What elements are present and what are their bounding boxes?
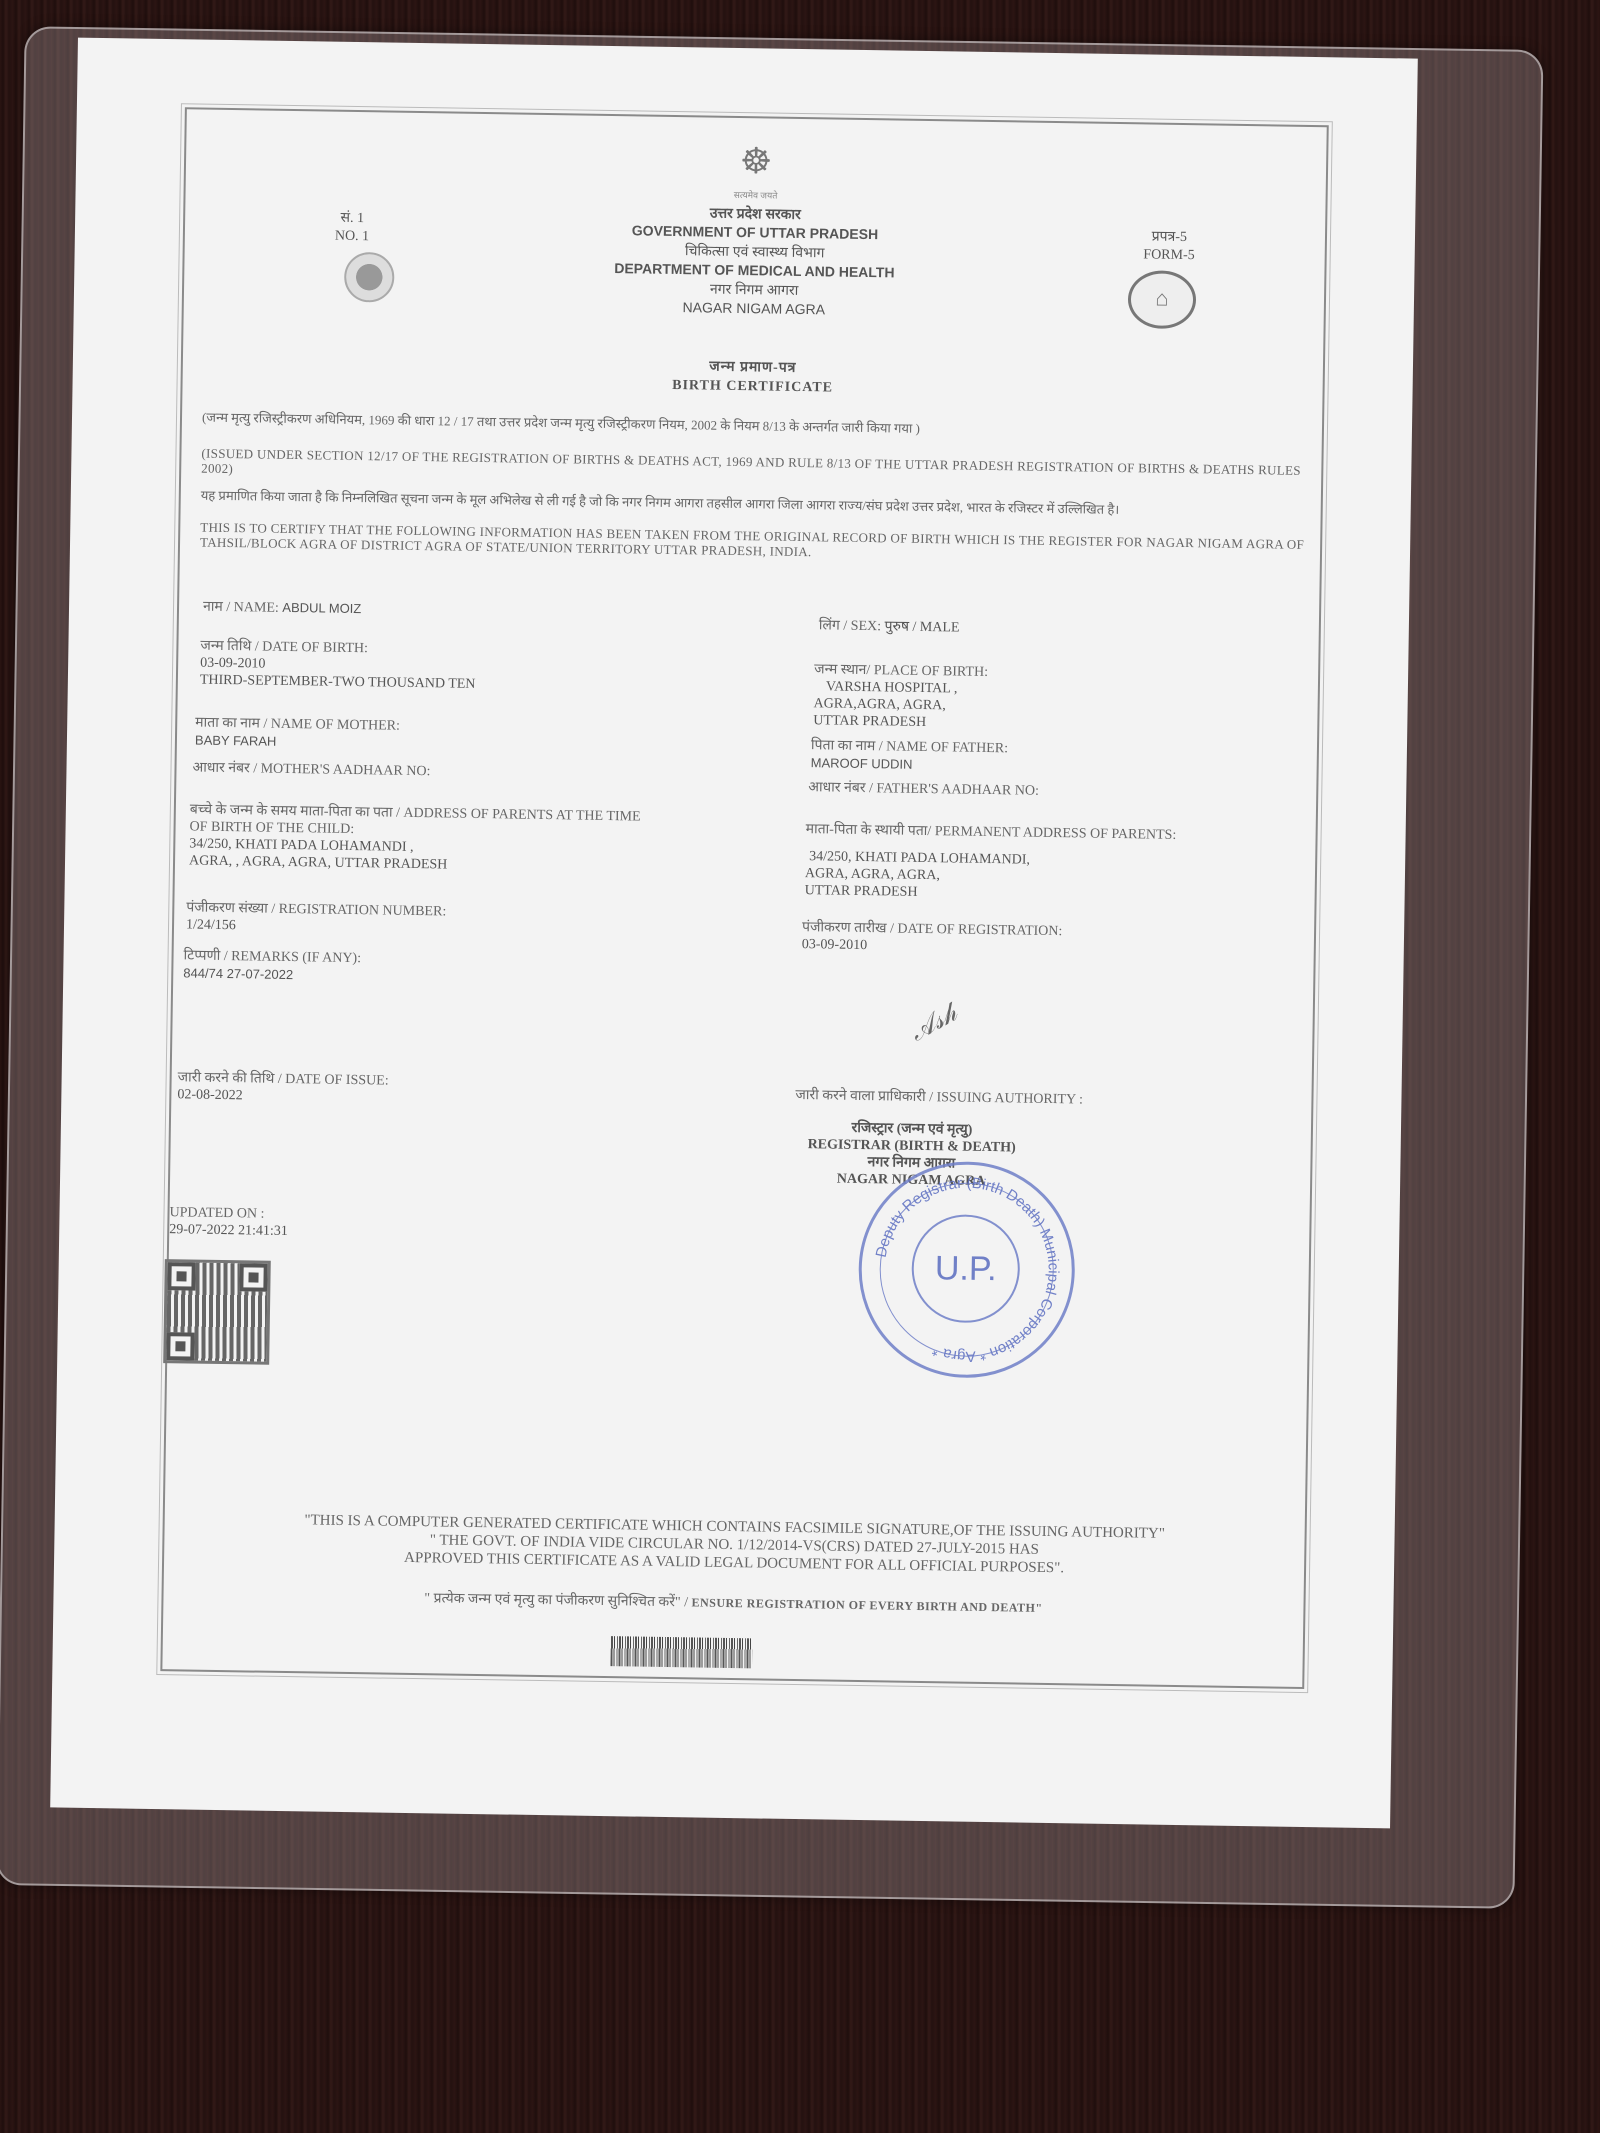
registrar-signature: 𝒜𝓈𝒽 [905, 987, 990, 1065]
issuing-authority: जारी करने वाला प्राधिकारी / ISSUING AUTH… [795, 1087, 1083, 1109]
field-address-at-birth: बच्चे के जन्म के समय माता-पिता का पता / … [189, 801, 650, 876]
qr-finder-icon [166, 1332, 194, 1360]
certificate-title: जन्म प्रमाण-पत्र BIRTH CERTIFICATE [183, 349, 1323, 405]
updated-value: 29-07-2022 21:41:31 [169, 1221, 288, 1240]
field-sex: लिंग / SEX: पुरुष / MALE [819, 617, 960, 636]
qr-finder-icon [239, 1263, 267, 1291]
issued-under-en: (ISSUED UNDER SECTION 12/17 OF THE REGIS… [201, 446, 1311, 493]
name-value: ABDUL MOIZ [282, 600, 361, 616]
certificate-border: ☸ सत्यमेव जयते सं. 1 NO. 1 प्रपत्र-5 FOR… [160, 107, 1328, 1689]
field-father-name: पिता का नाम / NAME OF FATHER: MAROOF UDD… [811, 737, 1009, 774]
field-name: नाम / NAME: ABDUL MOIZ [203, 598, 362, 618]
issued-under-hi: (जन्म मृत्यु रजिस्ट्रीकरण अधिनियम, 1969 … [202, 410, 1312, 442]
birth-certificate: ☸ सत्यमेव जयते सं. 1 NO. 1 प्रपत्र-5 FOR… [50, 38, 1418, 1829]
mother-value: BABY FARAH [195, 732, 400, 752]
disclaimer: "THIS IS A COMPUTER GENERATED CERTIFICAT… [164, 1509, 1305, 1581]
ashoka-emblem-icon: ☸ [736, 136, 777, 187]
father-value: MAROOF UDDIN [811, 754, 1008, 774]
authority-title-en: REGISTRAR (BIRTH & DEATH) [807, 1136, 1017, 1156]
field-father-aadhaar: आधार नंबर / FATHER'S AADHAAR NO: [808, 779, 1039, 800]
sex-value: पुरुष / MALE [884, 619, 959, 635]
authority-label: जारी करने वाला प्राधिकारी / ISSUING AUTH… [795, 1087, 1083, 1109]
field-place-of-birth: जन्म स्थान/ PLACE OF BIRTH: VARSHA HOSPI… [813, 661, 988, 732]
sex-label: लिंग / SEX: [819, 618, 881, 634]
field-remarks: टिप्पणी / REMARKS (IF ANY): 844/74 27-07… [183, 947, 361, 984]
qr-finder-icon [167, 1262, 195, 1290]
pob-line-3: UTTAR PRADESH [813, 712, 987, 732]
field-permanent-address: माता-पिता के स्थायी पता/ PERMANENT ADDRE… [805, 821, 1177, 905]
field-mother-name: माता का नाम / NAME OF MOTHER: BABY FARAH [195, 715, 400, 752]
updated-label: UPDATED ON : [169, 1204, 288, 1223]
barcode [610, 1636, 752, 1668]
father-aadhaar-label: आधार नंबर / FATHER'S AADHAAR NO: [808, 779, 1039, 800]
certify-en: THIS IS TO CERTIFY THAT THE FOLLOWING IN… [200, 520, 1310, 567]
field-date-of-issue: जारी करने की तिथि / DATE OF ISSUE: 02-08… [177, 1069, 389, 1106]
remarks-value: 844/74 27-07-2022 [183, 964, 361, 984]
certify-hi: यह प्रमाणित किया जाता है कि निम्नलिखित स… [201, 488, 1311, 520]
qr-code [163, 1259, 271, 1365]
slogan-hi: " प्रत्येक जन्म एवं मृत्यु का पंजीकरण सु… [424, 1591, 688, 1610]
address-perm-label: माता-पिता के स्थायी पता/ PERMANENT ADDRE… [805, 821, 1176, 844]
slogan-en: ENSURE REGISTRATION OF EVERY BIRTH AND D… [691, 1595, 1042, 1615]
field-registration-number: पंजीकरण संख्या / REGISTRATION NUMBER: 1/… [186, 899, 446, 937]
issue-date-value: 02-08-2022 [177, 1086, 388, 1106]
field-mother-aadhaar: आधार नंबर / MOTHER'S AADHAAR NO: [192, 759, 430, 780]
issuing-department-header: उत्तर प्रदेश सरकार GOVERNMENT OF UTTAR P… [184, 195, 1326, 327]
dob-words: THIRD-SEPTEMBER-TWO THOUSAND TEN [200, 672, 476, 693]
slogan: " प्रत्येक जन्म एवं मृत्यु का पंजीकरण सु… [163, 1585, 1303, 1622]
mother-aadhaar-label: आधार नंबर / MOTHER'S AADHAAR NO: [192, 759, 430, 780]
updated-on: UPDATED ON : 29-07-2022 21:41:31 [169, 1204, 288, 1240]
field-date-of-birth: जन्म तिथि / DATE OF BIRTH: 03-09-2010 TH… [200, 638, 476, 693]
municipal-corporation-stamp: Deputy Registrar (Birth Death) Municipal… [857, 1160, 1076, 1379]
address-birth-label-hi: बच्चे के जन्म के समय माता-पिता का पता [190, 802, 393, 820]
field-date-of-registration: पंजीकरण तारीख / DATE OF REGISTRATION: 03… [802, 919, 1063, 957]
name-label: नाम / NAME: [203, 600, 279, 616]
